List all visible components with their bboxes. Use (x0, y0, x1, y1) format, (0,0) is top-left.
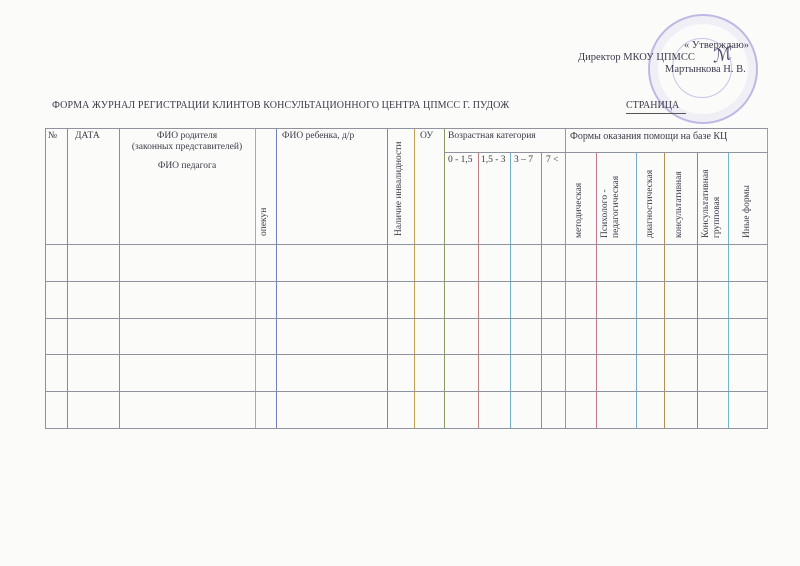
column-divider (697, 152, 698, 428)
table-row[interactable] (45, 318, 767, 355)
column-divider (478, 152, 479, 428)
column-divider (414, 128, 415, 428)
column-divider (510, 152, 511, 428)
table-row[interactable] (45, 391, 767, 428)
header-help-diagnostic: диагностическая (645, 170, 656, 238)
header-age-1.5-3: 1,5 - 3 (481, 155, 507, 166)
header-help-forms: Формы оказания помощи на базе КЦ (570, 131, 727, 142)
header-help-group: Консультативная групповая (701, 156, 723, 238)
column-divider (664, 152, 665, 428)
header-help-psych-ped: Психолого - педагогическая (600, 156, 622, 238)
row-divider (45, 354, 768, 355)
column-divider (444, 128, 445, 428)
row-divider (45, 391, 768, 392)
table-row[interactable] (45, 281, 767, 318)
column-divider (387, 128, 388, 428)
column-divider (636, 152, 637, 428)
column-divider (596, 152, 597, 428)
header-subdivider (444, 152, 768, 153)
header-disability: Наличие инвалидности (394, 142, 405, 236)
column-divider (541, 152, 542, 428)
column-divider (255, 128, 256, 428)
header-num: № (48, 131, 57, 142)
header-parent: ФИО родителя (законных представителей) Ф… (119, 131, 255, 172)
header-age-group: Возрастная категория (448, 131, 538, 142)
header-help-consultative: консультативная (674, 171, 685, 238)
header-ou: ОУ (420, 131, 433, 142)
header-age-0-1.5: 0 - 1,5 (448, 155, 476, 166)
header-child: ФИО ребенка, д/р (282, 131, 354, 142)
header-guardian: опекун (259, 208, 270, 236)
header-teacher: ФИО педагога (119, 161, 255, 172)
header-date: ДАТА (75, 131, 100, 142)
header-age-7plus: 7 < (546, 155, 558, 166)
column-divider (276, 128, 277, 428)
column-divider (45, 128, 46, 428)
column-divider (67, 128, 68, 428)
row-divider (45, 428, 768, 429)
column-divider (767, 128, 768, 428)
row-divider (45, 318, 768, 319)
header-help-methodical: методическая (574, 183, 585, 238)
column-divider (119, 128, 120, 428)
table-row[interactable] (45, 244, 767, 281)
column-divider (728, 152, 729, 428)
table-row[interactable] (45, 354, 767, 391)
column-divider (565, 128, 566, 428)
table-top-border (45, 128, 768, 129)
header-age-3-7: 3 – 7 (514, 155, 538, 166)
header-bottom-border (45, 244, 768, 245)
registration-table: № ДАТА ФИО родителя (законных представит… (0, 0, 800, 566)
row-divider (45, 281, 768, 282)
header-parent-line2: (законных представителей) (119, 142, 255, 153)
header-parent-line1: ФИО родителя (119, 131, 255, 142)
header-help-other: Иные формы (742, 185, 753, 238)
